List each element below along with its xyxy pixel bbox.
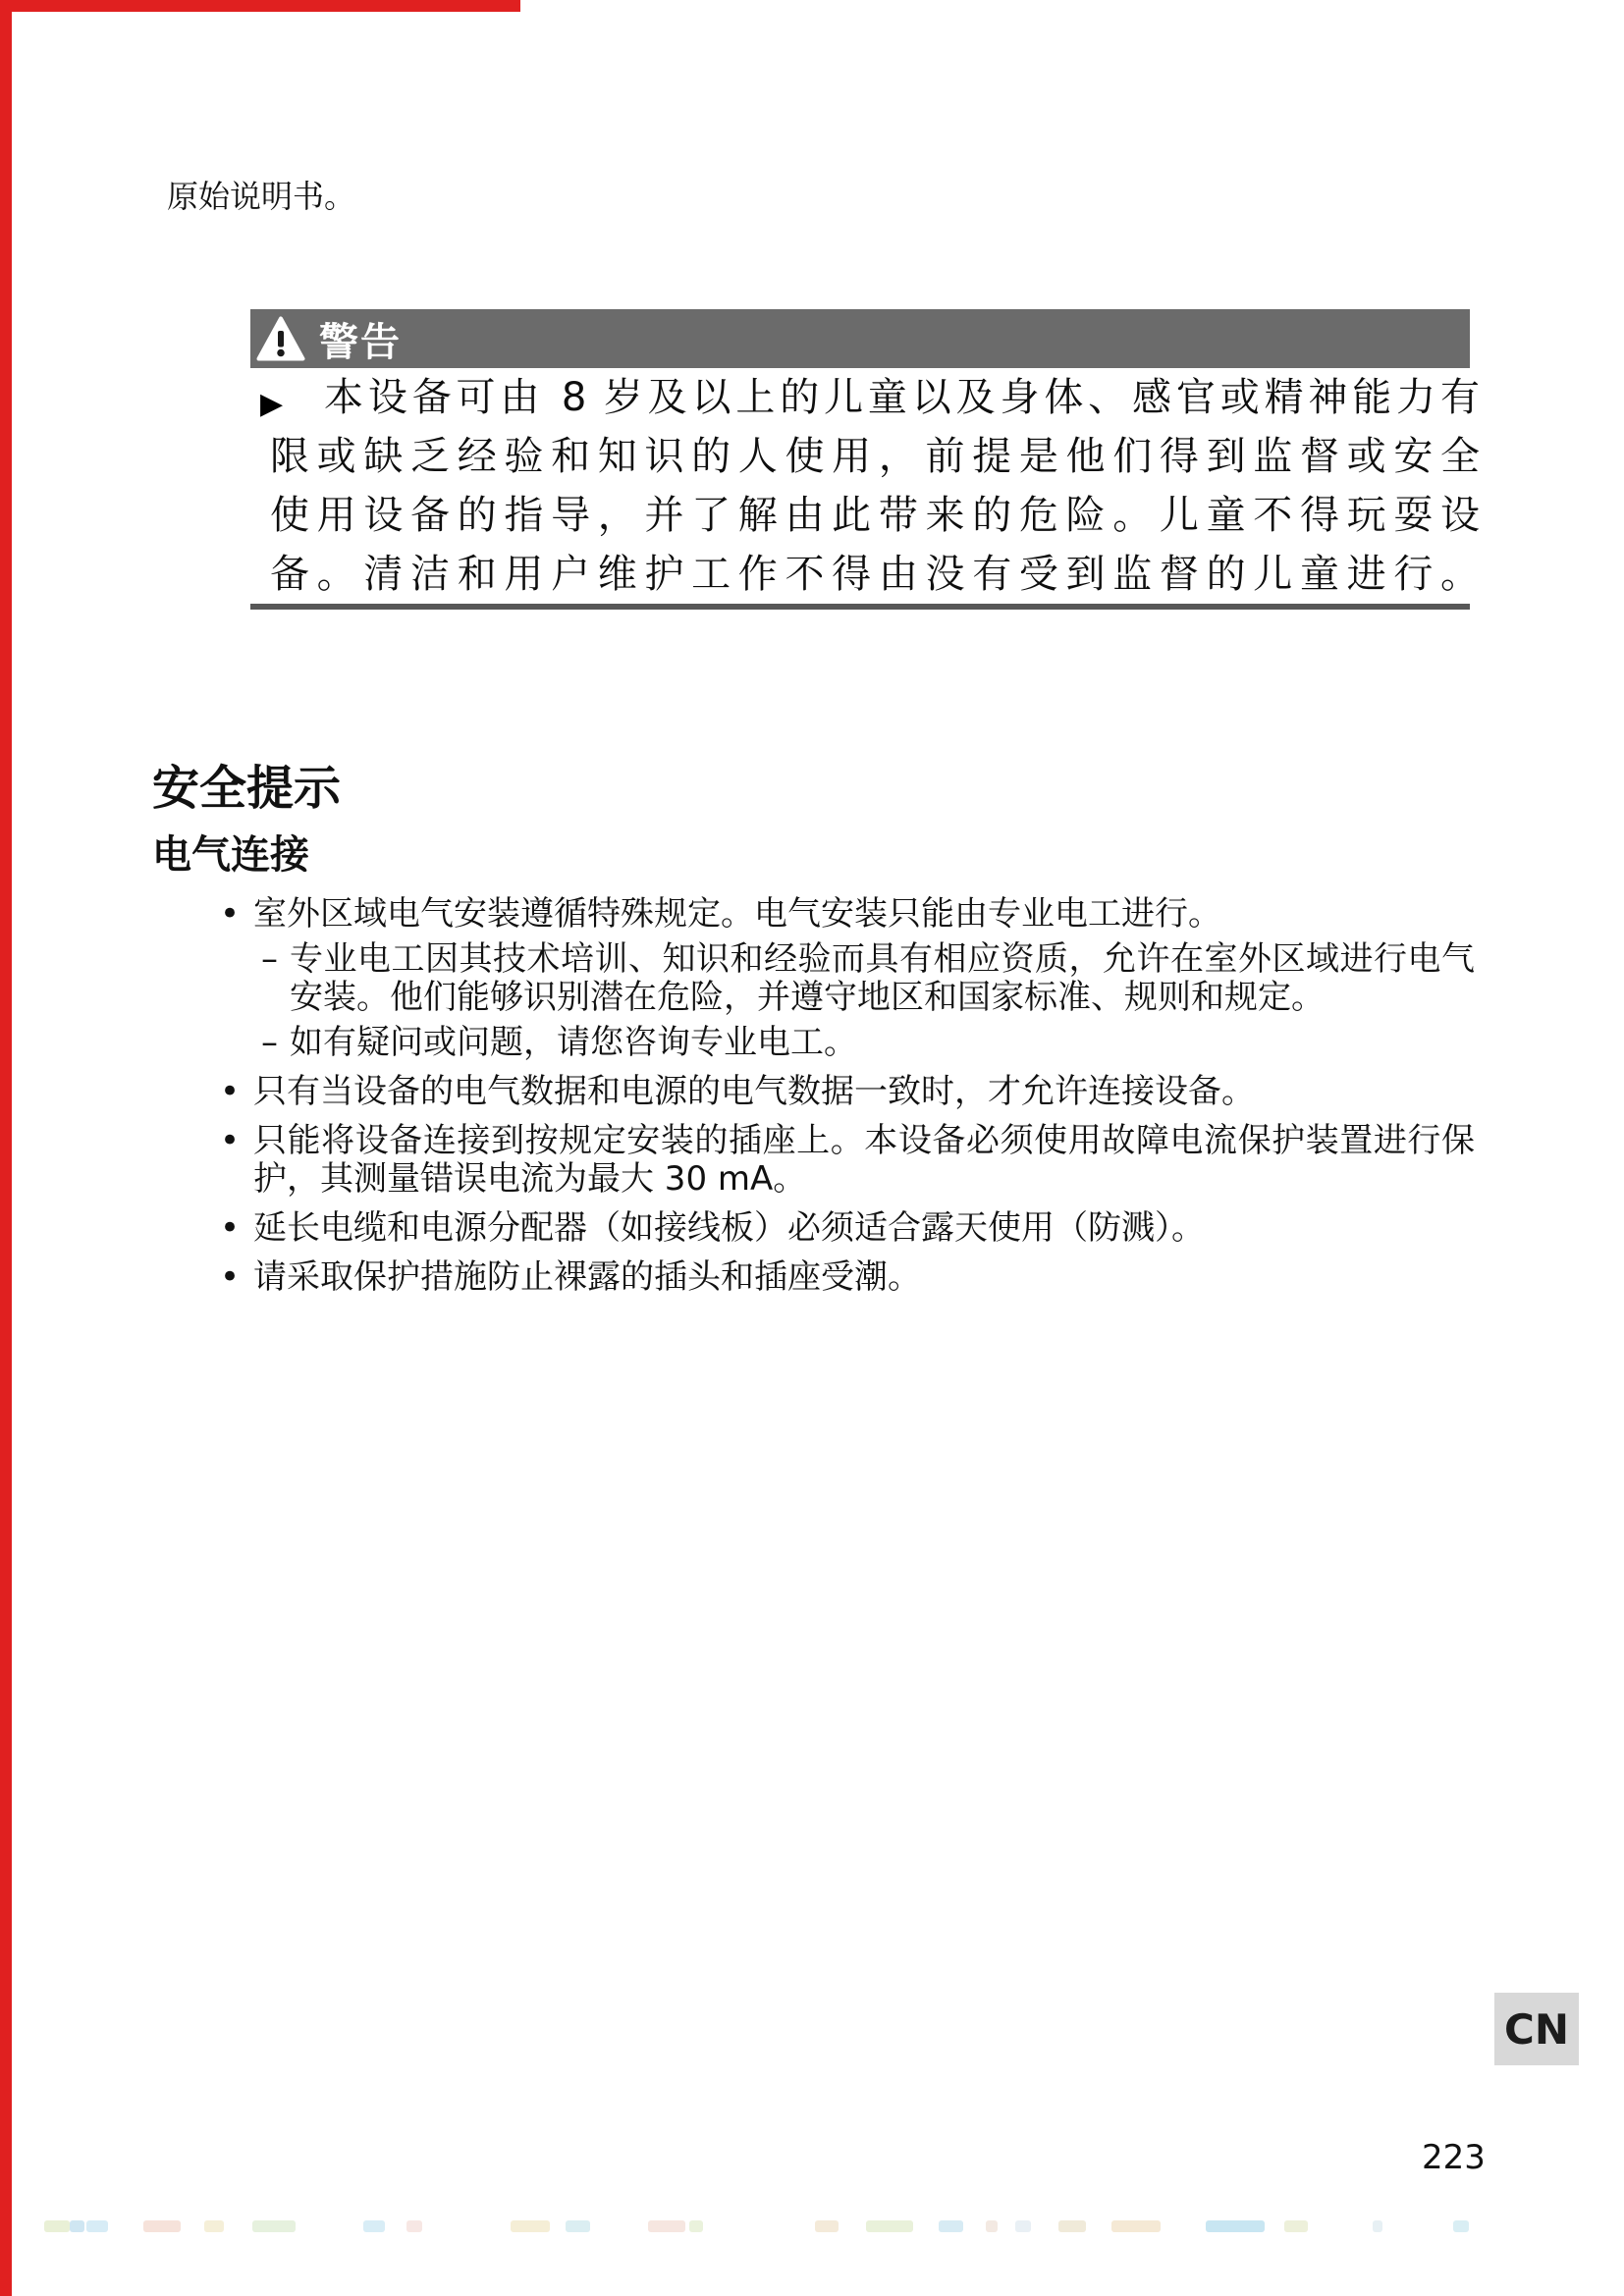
scan-noise-segment bbox=[1373, 2220, 1382, 2232]
scan-noise-segment bbox=[1284, 2220, 1308, 2232]
sub-list-item-text: 专业电工因其技术培训、知识和经验而具有相应资质，允许在室外区域进行电气安装。他们… bbox=[290, 939, 1475, 1017]
dash-marker: – bbox=[261, 1024, 278, 1062]
scan-noise-segment bbox=[1058, 2220, 1086, 2232]
scan-noise-segment bbox=[566, 2220, 590, 2232]
warning-line: 使用设备的指导，并了解由此带来的危险。儿童不得玩耍设 bbox=[270, 486, 1480, 545]
warning-box: 警告 ▶ 本设备可由 8 岁及以上的儿童以及身体、感官或精神能力有 限或缺乏经验… bbox=[250, 309, 1470, 610]
action-arrow-marker: ▶ bbox=[260, 375, 283, 434]
warning-bottom-rule bbox=[250, 604, 1470, 610]
list-item-text: 只能将设备连接到按规定安装的插座上。本设备必须使用故障电流保护装置进行保护，其测… bbox=[253, 1121, 1475, 1199]
sub-list-item: –专业电工因其技术培训、知识和经验而具有相应资质，允许在室外区域进行电气安装。他… bbox=[253, 940, 1475, 1017]
safety-bullet-list: •室外区域电气安装遵循特殊规定。电气安装只能由专业电工进行。–专业电工因其技术培… bbox=[218, 895, 1475, 1308]
scan-noise-segment bbox=[689, 2220, 703, 2232]
list-item-text: 只有当设备的电气数据和电源的电气数据一致时，才允许连接设备。 bbox=[253, 1072, 1255, 1111]
scan-edge-left-red-strip bbox=[0, 0, 12, 2296]
bullet-marker: • bbox=[220, 1073, 240, 1111]
page-number: 223 bbox=[1422, 2138, 1486, 2177]
intro-note: 原始说明书。 bbox=[167, 179, 355, 214]
section-title: 安全提示 bbox=[152, 764, 341, 813]
scan-noise-segment bbox=[44, 2220, 70, 2232]
scan-noise-segment bbox=[1015, 2220, 1031, 2232]
language-tab-label: CN bbox=[1504, 2005, 1569, 2054]
sub-list-item: –如有疑问或问题，请您咨询专业电工。 bbox=[253, 1024, 1475, 1062]
list-item-text: 延长电缆和电源分配器（如接线板）必须适合露天使用（防溅）。 bbox=[253, 1208, 1205, 1248]
scan-noise-segment bbox=[511, 2220, 550, 2232]
scan-noise-segment bbox=[1206, 2220, 1265, 2232]
list-item-text: 请采取保护措施防止裸露的插头和插座受潮。 bbox=[253, 1257, 921, 1297]
list-item: •只有当设备的电气数据和电源的电气数据一致时，才允许连接设备。 bbox=[218, 1073, 1475, 1111]
language-tab: CN bbox=[1494, 1993, 1579, 2065]
scan-noise-segment bbox=[406, 2220, 422, 2232]
bullet-marker: • bbox=[220, 895, 240, 934]
scan-noise-segment bbox=[648, 2220, 685, 2232]
warning-line: 备。清洁和用户维护工作不得由没有受到监督的儿童进行。 bbox=[270, 545, 1480, 604]
bullet-marker: • bbox=[220, 1258, 240, 1297]
scan-noise-segment bbox=[86, 2220, 108, 2232]
scan-noise-segment bbox=[143, 2220, 181, 2232]
warning-title: 警告 bbox=[319, 311, 402, 367]
manual-page: { "page": { "intro": "原始说明书。", "page_num… bbox=[0, 0, 1624, 2296]
scan-noise-segment bbox=[363, 2220, 385, 2232]
scan-noise-segment bbox=[252, 2220, 296, 2232]
sub-list-item-text: 如有疑问或问题，请您咨询专业电工。 bbox=[290, 1023, 857, 1062]
scan-noise-segment bbox=[815, 2220, 839, 2232]
list-item: •室外区域电气安装遵循特殊规定。电气安装只能由专业电工进行。–专业电工因其技术培… bbox=[218, 895, 1475, 1062]
section-subtitle: 电气连接 bbox=[152, 833, 309, 877]
scan-noise-segment bbox=[986, 2220, 998, 2232]
scan-noise-segment bbox=[204, 2220, 224, 2232]
list-item-text: 室外区域电气安装遵循特殊规定。电气安装只能由专业电工进行。 bbox=[253, 894, 1221, 934]
list-item: •只能将设备连接到按规定安装的插座上。本设备必须使用故障电流保护装置进行保护，其… bbox=[218, 1122, 1475, 1199]
warning-line: 本设备可由 8 岁及以上的儿童以及身体、感官或精神能力有 bbox=[270, 368, 1480, 427]
scan-noise-segment bbox=[70, 2220, 84, 2232]
list-item: •请采取保护措施防止裸露的插头和插座受潮。 bbox=[218, 1258, 1475, 1297]
scan-noise-segment bbox=[939, 2220, 963, 2232]
warning-body: ▶ 本设备可由 8 岁及以上的儿童以及身体、感官或精神能力有 限或缺乏经验和知识… bbox=[250, 368, 1480, 604]
scan-noise-segment bbox=[1111, 2220, 1161, 2232]
scan-edge-top-red-strip bbox=[0, 0, 520, 12]
warning-line: 限或缺乏经验和知识的人使用，前提是他们得到监督或安全 bbox=[270, 427, 1480, 486]
warning-triangle-icon bbox=[256, 316, 305, 361]
bullet-marker: • bbox=[220, 1122, 240, 1160]
dash-marker: – bbox=[261, 940, 278, 979]
list-item: •延长电缆和电源分配器（如接线板）必须适合露天使用（防溅）。 bbox=[218, 1209, 1475, 1248]
scan-noise-segment bbox=[1453, 2220, 1469, 2232]
warning-header-bar: 警告 bbox=[250, 309, 1470, 368]
scan-noise-band bbox=[0, 2220, 1624, 2232]
scan-noise-segment bbox=[866, 2220, 913, 2232]
bullet-marker: • bbox=[220, 1209, 240, 1248]
